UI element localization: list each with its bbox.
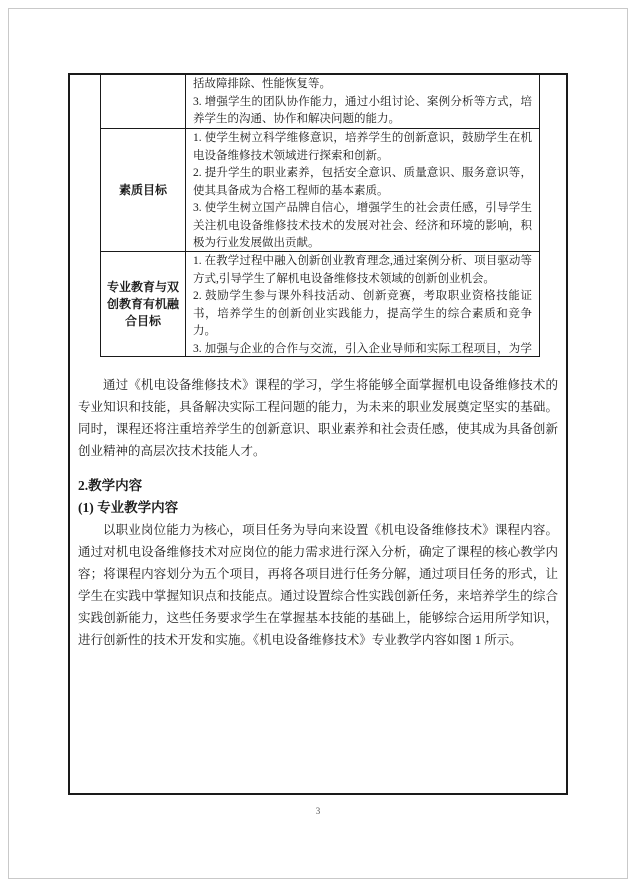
objective-content-cell: 括故障排除、性能恢复等。 3. 增强学生的团队协作能力，通过小组讨论、案例分析等… [186, 75, 539, 128]
table-row-integration-objectives: 专业教育与双创教育有机融合目标 1. 在教学过程中融入创新创业教育理念,通过案例… [101, 252, 539, 357]
table-row-quality-objectives: 素质目标 1. 使学生树立科学维修意识，培养学生的创新意识，鼓励学生在机电设备维… [101, 129, 539, 252]
objective-item: 1. 在教学过程中融入创新创业教育理念,通过案例分析、项目驱动等方式,引导学生了… [193, 253, 532, 288]
table-right-gutter-cell [540, 75, 566, 357]
objective-item: 3. 使学生树立国产品牌自信心，增强学生的社会责任感，引导学生关注机电设备维修技… [193, 200, 532, 252]
objective-item: 括故障排除、性能恢复等。 [193, 76, 532, 94]
objective-item: 2. 提升学生的职业素养，包括安全意识、质量意识、服务意识等，使其具备成为合格工… [193, 165, 532, 200]
objective-content-cell: 1. 使学生树立科学维修意识，培养学生的创新意识，鼓励学生在机电设备维修技术领域… [186, 129, 539, 251]
objective-item: 3. 加强与企业的合作与交流，引入企业导师和实际工程项目，为学生提供实践机会和创… [193, 341, 532, 358]
table-row-continuation: 括故障排除、性能恢复等。 3. 增强学生的团队协作能力，通过小组讨论、案例分析等… [101, 75, 539, 129]
objective-label-cell [101, 75, 186, 128]
content-paragraph: 以职业岗位能力为核心，项目任务为导向来设置《机电设备维修技术》课程内容。通过对机… [78, 519, 558, 651]
objective-content-cell: 1. 在教学过程中融入创新创业教育理念,通过案例分析、项目驱动等方式,引导学生了… [186, 252, 539, 356]
subsection-heading: (1) 专业教学内容 [78, 497, 558, 519]
objective-item: 3. 增强学生的团队协作能力，通过小组讨论、案例分析等方式，培养学生的沟通、协作… [193, 94, 532, 129]
section-heading: 2.教学内容 [78, 475, 558, 497]
content-frame: 括故障排除、性能恢复等。 3. 增强学生的团队协作能力，通过小组讨论、案例分析等… [68, 73, 568, 795]
table-middle-columns: 括故障排除、性能恢复等。 3. 增强学生的团队协作能力，通过小组讨论、案例分析等… [100, 75, 540, 357]
table-left-gutter-cell [70, 75, 100, 357]
document-page: 括故障排除、性能恢复等。 3. 增强学生的团队协作能力，通过小组讨论、案例分析等… [0, 0, 636, 887]
objective-item: 2. 鼓励学生参与课外科技活动、创新竞赛，考取职业资格技能证书，培养学生的创新创… [193, 288, 532, 341]
page-number: 3 [0, 806, 636, 816]
objective-label-cell: 专业教育与双创教育有机融合目标 [101, 252, 186, 356]
summary-paragraph: 通过《机电设备维修技术》课程的学习，学生将能够全面掌握机电设备维修技术的专业知识… [78, 374, 558, 462]
objectives-table: 括故障排除、性能恢复等。 3. 增强学生的团队协作能力，通过小组讨论、案例分析等… [70, 75, 566, 357]
objective-item: 1. 使学生树立科学维修意识，培养学生的创新意识，鼓励学生在机电设备维修技术领域… [193, 130, 532, 165]
objective-label-cell: 素质目标 [101, 129, 186, 251]
body-text-section: 通过《机电设备维修技术》课程的学习，学生将能够全面掌握机电设备维修技术的专业知识… [70, 357, 566, 651]
